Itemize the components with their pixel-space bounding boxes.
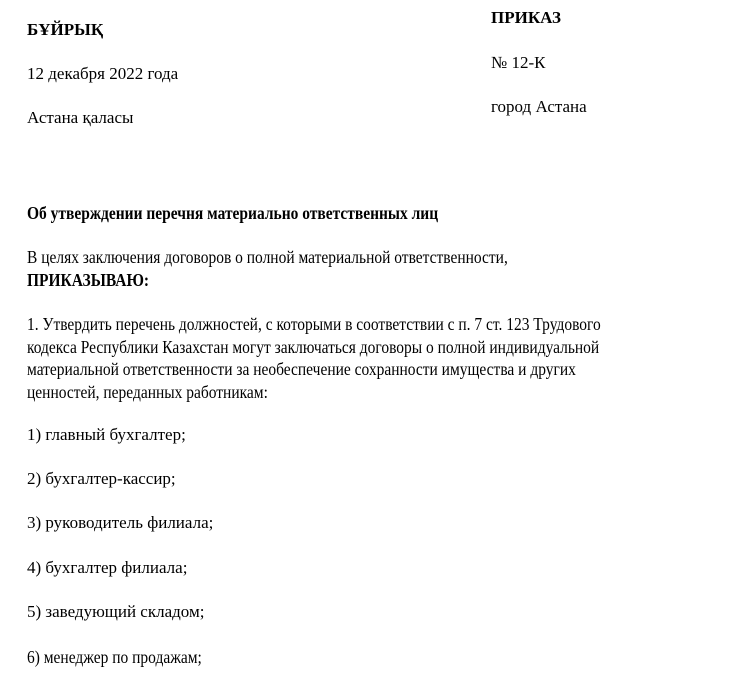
clause-1-line: ценностей, переданных работникам:: [27, 381, 601, 404]
position-item: 5) заведующий складом;: [27, 601, 204, 623]
order-directive: ПРИКАЗЫВАЮ:: [27, 269, 149, 291]
position-item: 6) менеджер по продажам;: [27, 646, 202, 668]
city-russian: город Астана: [491, 96, 587, 118]
clause-1-line: кодекса Республики Казахстан могут заклю…: [27, 336, 601, 359]
order-preamble: В целях заключения договоров о полной ма…: [27, 246, 508, 268]
clause-1: 1. Утвердить перечень должностей, с кото…: [27, 313, 601, 403]
order-title-kazakh: БҰЙРЫҚ: [27, 19, 103, 41]
position-item: 2) бухгалтер-кассир;: [27, 468, 176, 490]
city-kazakh: Астана қаласы: [27, 107, 133, 129]
order-title-russian: ПРИКАЗ: [491, 7, 561, 29]
order-date: 12 декабря 2022 года: [27, 63, 178, 85]
order-number: № 12-К: [491, 52, 545, 74]
position-item: 1) главный бухгалтер;: [27, 424, 186, 446]
order-subject: Об утверждении перечня материально ответ…: [27, 202, 438, 224]
clause-1-line: 1. Утвердить перечень должностей, с кото…: [27, 313, 601, 336]
position-item: 3) руководитель филиала;: [27, 512, 213, 534]
clause-1-line: материальной ответственности за необеспе…: [27, 358, 601, 381]
position-item: 4) бухгалтер филиала;: [27, 557, 187, 579]
